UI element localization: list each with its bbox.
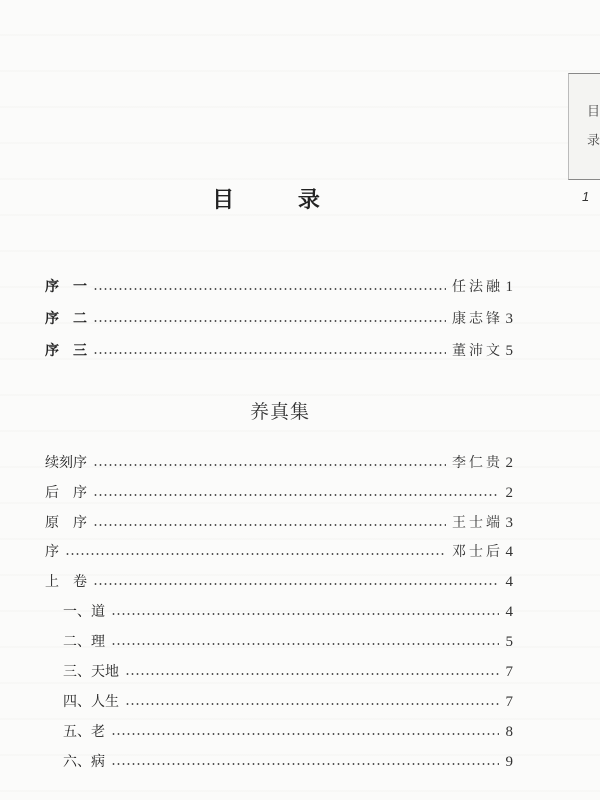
toc-page-number: 5: [505, 341, 513, 361]
toc-page-number: 3: [505, 309, 513, 329]
toc-row[interactable]: 后 序 2: [45, 483, 513, 503]
dot-leader: [125, 673, 499, 675]
dot-leader: [65, 553, 446, 555]
dot-leader: [93, 320, 446, 322]
page-title: 目 录: [0, 183, 560, 214]
toc-label: 原 序: [45, 513, 87, 533]
toc-page-number: 4: [505, 542, 513, 562]
toc-row[interactable]: 序 邓士后 4: [45, 542, 513, 562]
toc-subrow[interactable]: 五、老 8: [63, 722, 513, 742]
toc-subrow[interactable]: 二、理 5: [63, 632, 513, 652]
toc-subrow[interactable]: 三、天地 7: [63, 662, 513, 682]
toc-page-number: 1: [505, 277, 513, 297]
toc-page-number: 5: [505, 632, 513, 652]
toc-page-number: 7: [505, 662, 513, 682]
toc-row[interactable]: 序 一 任法融 1: [45, 277, 513, 297]
dot-leader: [93, 494, 499, 496]
toc-label: 四、人生: [63, 692, 119, 712]
toc-row[interactable]: 序 三 董沛文 5: [45, 341, 513, 361]
toc-author: 王士端: [452, 513, 503, 533]
toc-page-number: 8: [505, 722, 513, 742]
toc-label: 上 卷: [45, 572, 87, 592]
toc-subrow[interactable]: 六、病 9: [63, 752, 513, 772]
toc-page-number: 4: [505, 572, 513, 592]
page-number: 1: [582, 189, 589, 204]
dot-leader: [93, 583, 499, 585]
toc-label: 三、天地: [63, 662, 119, 682]
dot-leader: [111, 733, 499, 735]
toc-label: 序 二: [45, 309, 87, 329]
toc-page-number: 2: [505, 483, 513, 503]
dot-leader: [125, 703, 499, 705]
side-tab-label: 目录: [569, 104, 600, 162]
toc-page-number: 2: [505, 453, 513, 473]
toc-author: 任法融: [452, 277, 503, 297]
toc-author: 董沛文: [452, 341, 503, 361]
toc-label: 六、病: [63, 752, 105, 772]
dot-leader: [93, 352, 446, 354]
dot-leader: [93, 524, 446, 526]
section-title: 养真集: [0, 397, 560, 424]
toc-label: 二、理: [63, 632, 105, 652]
toc-row[interactable]: 原 序 王士端 3: [45, 513, 513, 533]
dot-leader: [111, 643, 499, 645]
toc-author: 李仁贵: [452, 453, 503, 473]
toc-label: 五、老: [63, 722, 105, 742]
chapter-side-tab: 目录: [568, 73, 600, 180]
toc-page-number: 7: [505, 692, 513, 712]
dot-leader: [93, 464, 446, 466]
dot-leader: [93, 288, 446, 290]
toc-row[interactable]: 上 卷 4: [45, 572, 513, 592]
toc-page-number: 9: [505, 752, 513, 772]
dot-leader: [111, 613, 499, 615]
toc-subrow[interactable]: 一、道 4: [63, 602, 513, 622]
toc-author: 康志锋: [452, 309, 503, 329]
toc-page-number: 3: [505, 513, 513, 533]
dot-leader: [111, 763, 499, 765]
toc-label: 一、道: [63, 602, 105, 622]
toc-row[interactable]: 序 二 康志锋 3: [45, 309, 513, 329]
toc-label: 后 序: [45, 483, 87, 503]
toc-label: 续刻序: [45, 453, 87, 473]
toc-label: 序 三: [45, 341, 87, 361]
toc-row[interactable]: 续刻序 李仁贵 2: [45, 453, 513, 473]
toc-label: 序 一: [45, 277, 87, 297]
toc-subrow[interactable]: 四、人生 7: [63, 692, 513, 712]
toc-author: 邓士后: [452, 542, 503, 562]
toc-page-number: 4: [505, 602, 513, 622]
toc-label: 序: [45, 542, 59, 562]
